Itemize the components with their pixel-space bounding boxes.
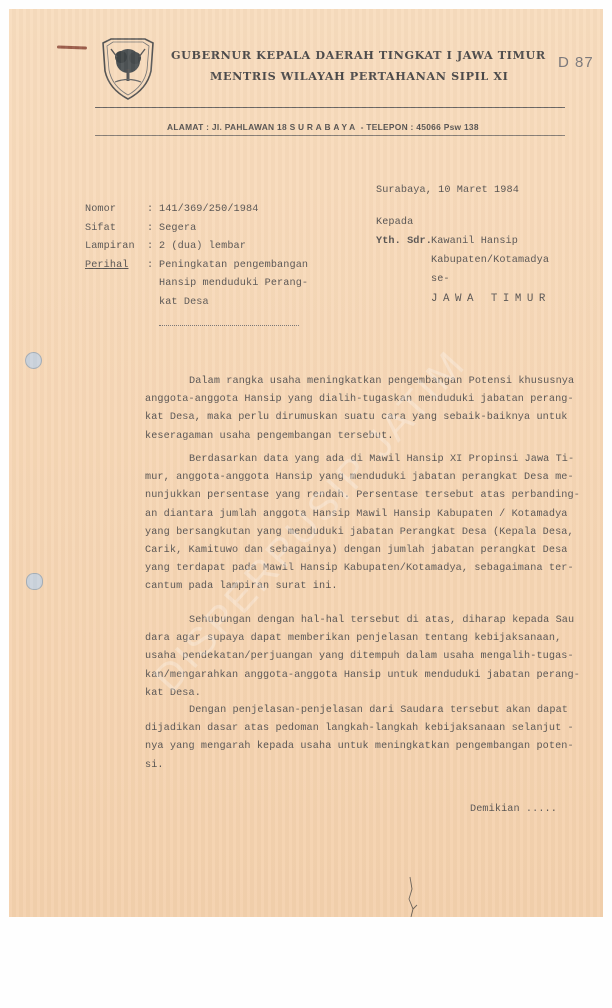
meta-value: Segera xyxy=(159,220,196,238)
header-rule-bottom xyxy=(95,135,565,136)
body-line: cantum pada lampiran surat ini. xyxy=(145,578,597,596)
punch-hole-icon xyxy=(25,352,42,369)
body-line: dara agar supaya dapat memberikan penjel… xyxy=(145,630,597,648)
body-line: Sehubungan dengan hal-hal tersebut di at… xyxy=(145,612,597,630)
meta-label: Perihal xyxy=(85,257,147,275)
meta-label: Lampiran xyxy=(85,238,147,256)
shield-emblem-icon xyxy=(97,37,159,101)
body-line: dijadikan dasar atas pedoman langkah-lan… xyxy=(145,720,597,738)
meta-colon: : xyxy=(147,201,159,219)
addressee-block: Kepada Yth. Sdr. Kawanil Hansip Kabupate… xyxy=(376,214,551,309)
body-line: anggota-anggota Hansip yang dialih-tugas… xyxy=(145,391,597,409)
meta-colon: : xyxy=(147,220,159,238)
body-line: kat Desa. xyxy=(145,685,597,703)
meta-row-sifat: Sifat : Segera xyxy=(85,220,308,239)
body-line: usaha pendekatan/perjuangan yang ditempu… xyxy=(145,648,597,666)
addressee-region: JAWA TIMUR xyxy=(376,290,551,309)
meta-colon: : xyxy=(147,238,159,256)
meta-label: Sifat xyxy=(85,220,147,238)
meta-row-nomor: Nomor : 141/369/250/1984 xyxy=(85,201,308,220)
letter-meta: Nomor : 141/369/250/1984 Sifat : Segera … xyxy=(85,201,308,312)
body-line: an diantara jumlah anggota Hansip Mawil … xyxy=(145,506,597,524)
body-paragraph-3: Sehubungan dengan hal-hal tersebut di at… xyxy=(145,612,597,703)
closing-text: Demikian ..... xyxy=(470,801,557,819)
pen-scribble-icon xyxy=(404,875,420,917)
address-phone: - TELEPON : 45066 Psw 138 xyxy=(361,122,479,132)
meta-value-continuation: Hansip menduduki Perang- xyxy=(85,275,308,294)
body-paragraph-1: Dalam rangka usaha meningkatkan pengemba… xyxy=(145,373,597,446)
meta-colon: : xyxy=(147,257,159,275)
body-line: si. xyxy=(145,757,597,775)
body-paragraph-2: Berdasarkan data yang ada di Mawil Hansi… xyxy=(145,451,597,597)
addressee-name: Kawanil Hansip xyxy=(431,233,518,251)
body-line: Dengan penjelasan-penjelasan dari Saudar… xyxy=(145,702,597,720)
letterhead-address: ALAMAT : Jl. PAHLAWAN 18 SURABAYA - TELE… xyxy=(167,122,479,132)
header-rule-top xyxy=(95,107,565,108)
body-line: mur, anggota-anggota Hansip yang mendudu… xyxy=(145,469,597,487)
body-line: kan/mengarahkan anggota-anggota Hansip u… xyxy=(145,667,597,685)
body-paragraph-4: Dengan penjelasan-penjelasan dari Saudar… xyxy=(145,702,597,775)
addressee-salutation: Yth. Sdr. xyxy=(376,233,431,251)
subject-underline xyxy=(159,325,299,326)
body-line: nunjukkan persentase yang rendah. Persen… xyxy=(145,487,597,505)
body-line: Dalam rangka usaha meningkatkan pengemba… xyxy=(145,373,597,391)
letter-page: GUBERNUR KEPALA DAERAH TINGKAT I JAWA TI… xyxy=(9,9,603,917)
archive-number: D 87 xyxy=(558,54,594,71)
meta-value: 2 (dua) lembar xyxy=(159,238,246,256)
addressee-to: Kepada xyxy=(376,214,551,233)
address-city: SURABAYA xyxy=(290,122,358,132)
body-line: Berdasarkan data yang ada di Mawil Hansi… xyxy=(145,451,597,469)
meta-row-perihal: Perihal : Peningkatan pengembangan xyxy=(85,257,308,276)
body-line: keseragaman usaha pengembangan tersebut. xyxy=(145,428,597,446)
meta-label: Nomor xyxy=(85,201,147,219)
body-line: nya yang mengarah kepada usaha untuk men… xyxy=(145,738,597,756)
ink-mark xyxy=(57,45,87,49)
body-line: kat Desa, maka perlu dirumuskan suatu ca… xyxy=(145,409,597,427)
addressee-line: Yth. Sdr. Kawanil Hansip xyxy=(376,233,551,252)
letterhead-subtitle: MENTRIS WILAYAH PERTAHANAN SIPIL XI xyxy=(210,69,509,83)
meta-value-continuation: kat Desa xyxy=(85,294,308,313)
meta-value: Peningkatan pengembangan xyxy=(159,257,308,275)
addressee-line: Kabupaten/Kotamadya xyxy=(376,252,551,271)
meta-row-lampiran: Lampiran : 2 (dua) lembar xyxy=(85,238,308,257)
punch-hole-icon xyxy=(26,573,43,590)
addressee-line: se- xyxy=(376,271,551,290)
body-line: yang bersangkutan yang menduduki jabatan… xyxy=(145,524,597,542)
body-line: Carik, Kamituwo dan sebagainya) dengan j… xyxy=(145,542,597,560)
letter-date: Surabaya, 10 Maret 1984 xyxy=(376,182,519,200)
address-street: ALAMAT : Jl. PAHLAWAN 18 xyxy=(167,122,287,132)
letterhead-title: GUBERNUR KEPALA DAERAH TINGKAT I JAWA TI… xyxy=(171,48,546,62)
meta-value: 141/369/250/1984 xyxy=(159,201,258,219)
body-line: yang terdapat pada Mawil Hansip Kabupate… xyxy=(145,560,597,578)
